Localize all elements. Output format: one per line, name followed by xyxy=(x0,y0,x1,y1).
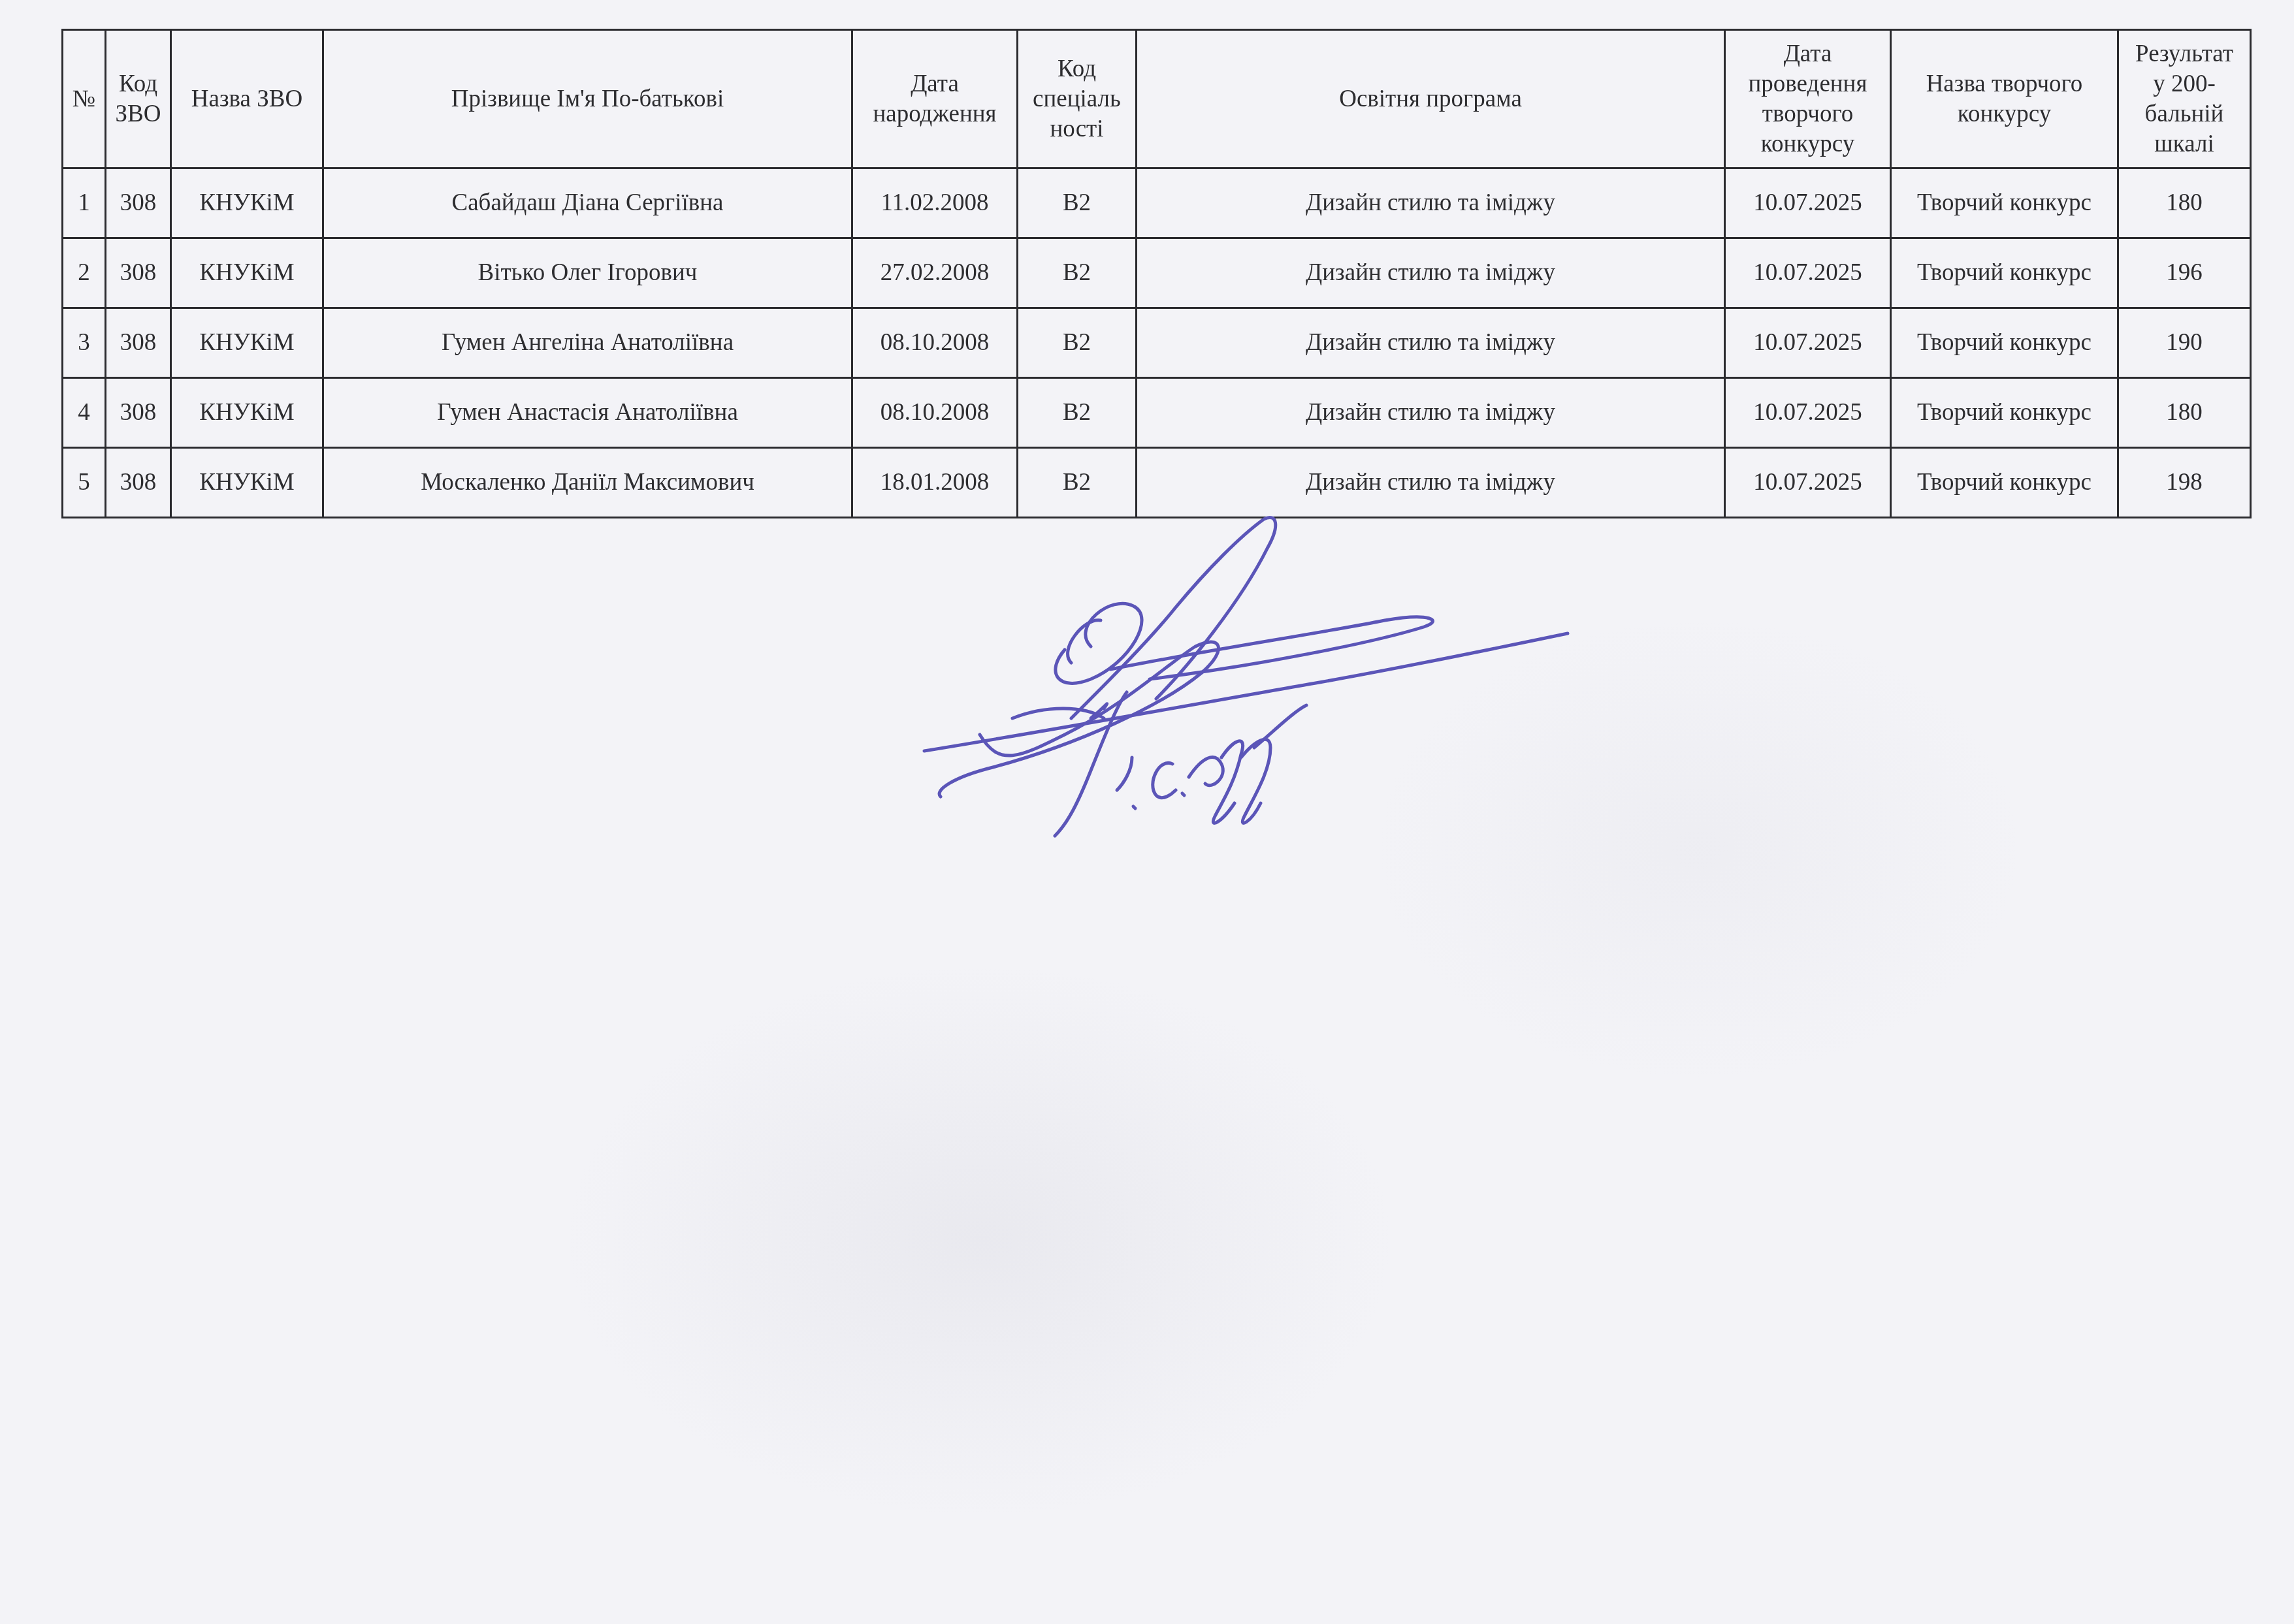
cell-birth-date: 08.10.2008 xyxy=(852,378,1018,448)
cell-contest-name: Творчий конкурс xyxy=(1891,448,2118,518)
cell-full-name: Гумен Ангеліна Анатоліївна xyxy=(323,308,852,378)
cell-specialty-code: В2 xyxy=(1018,238,1137,308)
header-birth-date: Датанародження xyxy=(852,30,1018,168)
header-program: Освітня програма xyxy=(1137,30,1725,168)
cell-university-code: 308 xyxy=(106,238,171,308)
cell-contest-date: 10.07.2025 xyxy=(1725,308,1891,378)
cell-university-code: 308 xyxy=(106,168,171,238)
header-full-name: Прізвище Ім'я По-батькові xyxy=(323,30,852,168)
cell-university-name: КНУКіМ xyxy=(171,448,323,518)
cell-contest-date: 10.07.2025 xyxy=(1725,168,1891,238)
cell-university-name: КНУКіМ xyxy=(171,378,323,448)
table-row: 3308КНУКіМГумен Ангеліна Анатоліївна08.1… xyxy=(63,308,2251,378)
cell-university-code: 308 xyxy=(106,448,171,518)
cell-contest-date: 10.07.2025 xyxy=(1725,238,1891,308)
cell-score: 198 xyxy=(2118,448,2251,518)
header-score: Результату 200-бальнійшкалі xyxy=(2118,30,2251,168)
cell-full-name: Москаленко Даніїл Максимович xyxy=(323,448,852,518)
cell-birth-date: 18.01.2008 xyxy=(852,448,1018,518)
cell-contest-date: 10.07.2025 xyxy=(1725,378,1891,448)
cell-university-name: КНУКіМ xyxy=(171,308,323,378)
table-row: 4308КНУКіМГумен Анастасія Анатоліївна08.… xyxy=(63,378,2251,448)
cell-specialty-code: В2 xyxy=(1018,168,1137,238)
cell-score: 196 xyxy=(2118,238,2251,308)
cell-score: 180 xyxy=(2118,378,2251,448)
cell-full-name: Гумен Анастасія Анатоліївна xyxy=(323,378,852,448)
cell-birth-date: 08.10.2008 xyxy=(852,308,1018,378)
cell-program: Дизайн стилю та іміджу xyxy=(1137,378,1725,448)
cell-contest-name: Творчий конкурс xyxy=(1891,238,2118,308)
header-contest-date: Датапроведеннятворчогоконкурсу xyxy=(1725,30,1891,168)
cell-contest-name: Творчий конкурс xyxy=(1891,378,2118,448)
cell-university-name: КНУКіМ xyxy=(171,238,323,308)
cell-university-code: 308 xyxy=(106,308,171,378)
cell-program: Дизайн стилю та іміджу xyxy=(1137,308,1725,378)
header-contest-name: Назва творчогоконкурсу xyxy=(1891,30,2118,168)
header-specialty-code: Кодспеціальності xyxy=(1018,30,1137,168)
header-num: № xyxy=(63,30,106,168)
cell-university-code: 308 xyxy=(106,378,171,448)
cell-contest-date: 10.07.2025 xyxy=(1725,448,1891,518)
table-header-row: № КодЗВО Назва ЗВО Прізвище Ім'я По-бать… xyxy=(63,30,2251,168)
table-row: 2308КНУКіМВітько Олег Ігорович27.02.2008… xyxy=(63,238,2251,308)
cell-university-name: КНУКіМ xyxy=(171,168,323,238)
cell-birth-date: 27.02.2008 xyxy=(852,238,1018,308)
cell-num: 4 xyxy=(63,378,106,448)
cell-score: 190 xyxy=(2118,308,2251,378)
cell-contest-name: Творчий конкурс xyxy=(1891,308,2118,378)
cell-num: 3 xyxy=(63,308,106,378)
table-row: 5308КНУКіММоскаленко Даніїл Максимович18… xyxy=(63,448,2251,518)
header-university-code: КодЗВО xyxy=(106,30,171,168)
cell-num: 5 xyxy=(63,448,106,518)
cell-num: 1 xyxy=(63,168,106,238)
cell-contest-name: Творчий конкурс xyxy=(1891,168,2118,238)
cell-specialty-code: В2 xyxy=(1018,308,1137,378)
cell-program: Дизайн стилю та іміджу xyxy=(1137,238,1725,308)
cell-full-name: Вітько Олег Ігорович xyxy=(323,238,852,308)
cell-specialty-code: В2 xyxy=(1018,378,1137,448)
cell-score: 180 xyxy=(2118,168,2251,238)
cell-specialty-code: В2 xyxy=(1018,448,1137,518)
cell-birth-date: 11.02.2008 xyxy=(852,168,1018,238)
cell-full-name: Сабайдаш Діана Сергіївна xyxy=(323,168,852,238)
table-row: 1308КНУКіМСабайдаш Діана Сергіївна11.02.… xyxy=(63,168,2251,238)
header-university-name: Назва ЗВО xyxy=(171,30,323,168)
cell-num: 2 xyxy=(63,238,106,308)
signature xyxy=(914,509,1960,875)
cell-program: Дизайн стилю та іміджу xyxy=(1137,448,1725,518)
applicants-table: № КодЗВО Назва ЗВО Прізвище Ім'я По-бать… xyxy=(61,29,2252,518)
cell-program: Дизайн стилю та іміджу xyxy=(1137,168,1725,238)
